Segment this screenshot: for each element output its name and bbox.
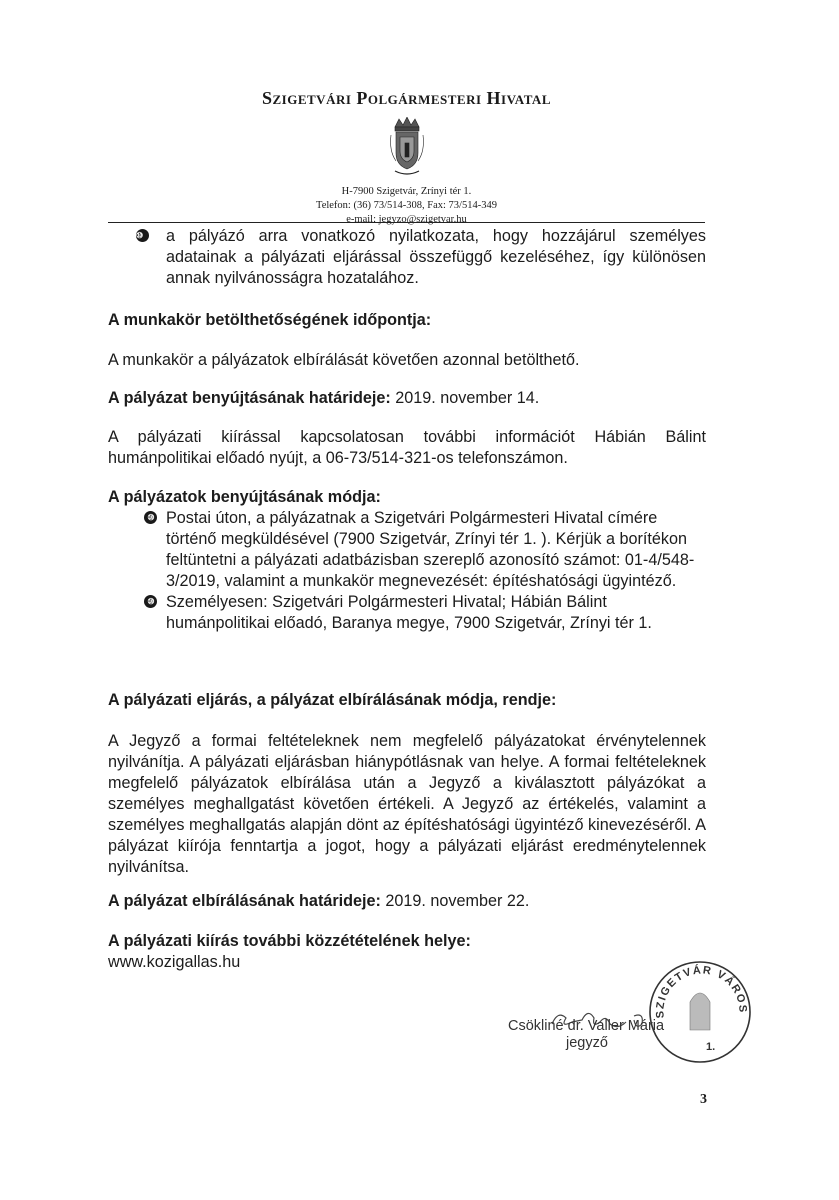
submission-heading: A pályázatok benyújtásának módja: <box>108 487 706 508</box>
deadline-label: A pályázat benyújtásának határideje: <box>108 389 391 407</box>
office-phone-fax: Telefon: (36) 73/514-308, Fax: 73/514-34… <box>108 199 705 213</box>
numbered-bullet-icon: ⑩ <box>144 595 157 608</box>
consent-item: ⑩ a pályázó arra vonatkozó nyilatkozata,… <box>108 226 706 289</box>
publication-heading: A pályázati kiírás további közzétételéne… <box>108 931 706 952</box>
office-email: e-mail: jegyzo@szigetvar.hu <box>108 213 705 227</box>
procedure-heading: A pályázati eljárás, a pályázat elbírálá… <box>108 690 706 711</box>
signer-role: jegyző <box>508 1035 664 1051</box>
submission-item-personal: ⑩ Személyesen: Szigetvári Polgármesteri … <box>108 592 706 634</box>
submission-section: A pályázatok benyújtásának módja: ⑩ Post… <box>108 487 706 634</box>
decision-deadline-section: A pályázat elbírálásának határideje: 201… <box>108 891 706 912</box>
start-date-section: A munkakör betölthetőségének időpontja: <box>108 310 706 331</box>
page-number: 3 <box>700 1092 707 1108</box>
start-date-text: A munkakör a pályázatok elbírálását köve… <box>108 350 706 371</box>
letterhead-divider <box>108 222 705 223</box>
info-text: A pályázati kiírással kapcsolatosan tová… <box>108 427 706 469</box>
office-title: Szigetvári Polgármesteri Hivatal <box>108 88 705 109</box>
deadline-value: 2019. november 14. <box>391 389 540 407</box>
procedure-text: A Jegyző a formai feltételeknek nem megf… <box>108 731 706 878</box>
publication-section: A pályázati kiírás további közzétételéne… <box>108 931 706 973</box>
deadline-section: A pályázat benyújtásának határideje: 201… <box>108 388 706 409</box>
signature-block: Csökliné dr. Valler Mária jegyző <box>508 1018 664 1051</box>
svg-text:1.: 1. <box>706 1041 715 1053</box>
city-coat-of-arms-icon <box>387 117 427 179</box>
info-section: A pályázati kiírással kapcsolatosan tová… <box>108 427 706 469</box>
submission-item-post: ⑩ Postai úton, a pályázatnak a Szigetvár… <box>108 508 706 592</box>
numbered-bullet-icon: ⑩ <box>144 511 157 524</box>
publication-link: www.kozigallas.hu <box>108 952 706 973</box>
office-address: H-7900 Szigetvár, Zrínyi tér 1. <box>108 185 705 199</box>
procedure-section: A pályázati eljárás, a pályázat elbírálá… <box>108 690 706 711</box>
decision-deadline-value: 2019. november 22. <box>381 892 530 910</box>
consent-item-text: a pályázó arra vonatkozó nyilatkozata, h… <box>166 227 706 287</box>
submission-item-text: Személyesen: Szigetvári Polgármesteri Hi… <box>166 593 652 632</box>
signer-name: Csökliné dr. Valler Mária <box>508 1018 664 1034</box>
letterhead: Szigetvári Polgármesteri Hivatal H-7900 … <box>108 88 705 227</box>
start-date-heading: A munkakör betölthetőségének időpontja: <box>108 310 706 331</box>
decision-deadline-label: A pályázat elbírálásának határideje: <box>108 892 381 910</box>
numbered-bullet-icon: ⑩ <box>136 229 149 242</box>
submission-item-text: Postai úton, a pályázatnak a Szigetvári … <box>166 509 694 590</box>
